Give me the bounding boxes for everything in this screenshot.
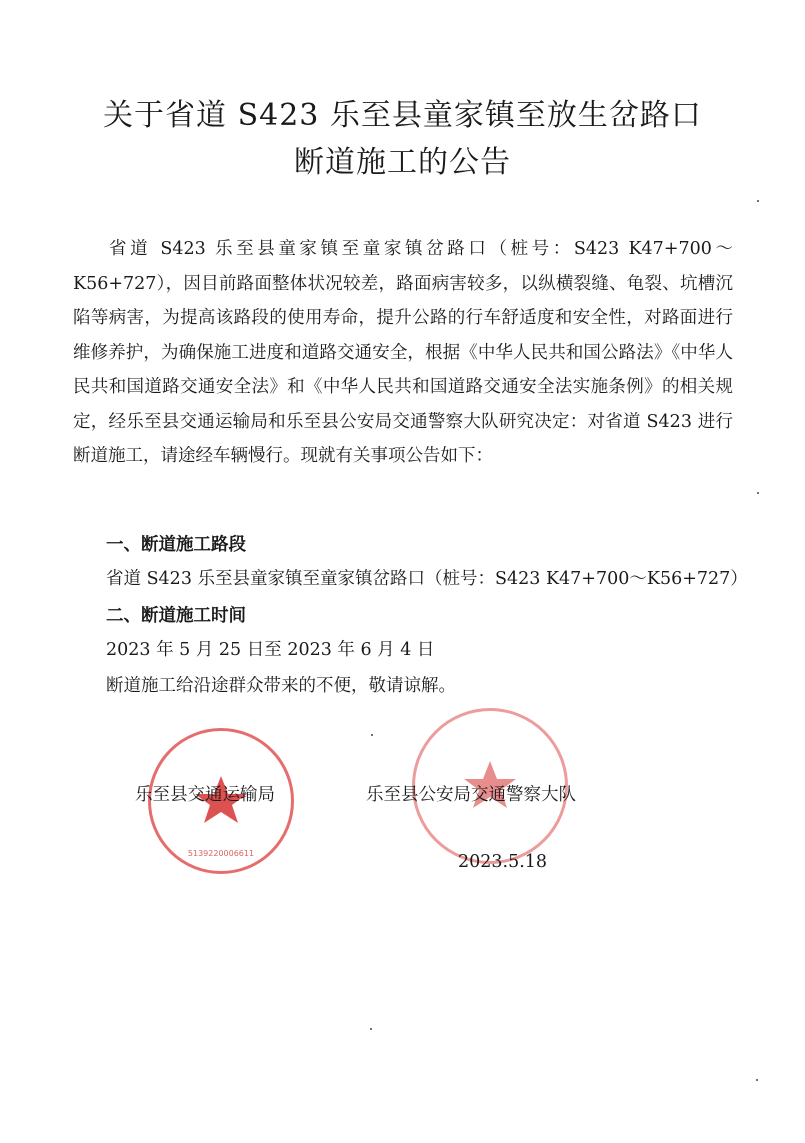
section-heading-construction-time: 二、断道施工时间 (106, 604, 246, 628)
document-title-line2: 断道施工的公告 (0, 143, 805, 183)
document-date: 2023.5.18 (458, 852, 547, 872)
scan-speck (756, 1079, 758, 1081)
seal-code: 5139220006611 (188, 849, 254, 858)
closing-remark: 断道施工给沿途群众带来的不便，敬请谅解。 (106, 674, 456, 698)
section-content-road-segment: 省道 S423 乐至县童家镇至童家镇岔路口（桩号：S423 K47+700～K5… (106, 567, 748, 591)
signatory-transport-bureau: 乐至县交通运输局 (135, 783, 275, 807)
body-paragraph: 省道 S423 乐至县童家镇至童家镇岔路口（桩号：S423 K47+700～K5… (73, 232, 733, 474)
scan-speck (370, 1028, 372, 1030)
signatory-traffic-police: 乐至县公安局交通警察大队 (366, 783, 576, 807)
body-paragraph-text: 省道 S423 乐至县童家镇至童家镇岔路口（桩号：S423 K47+700～K5… (73, 232, 733, 474)
section-content-construction-time: 2023 年 5 月 25 日至 2023 年 6 月 4 日 (106, 638, 434, 662)
document-title-line1: 关于省道 S423 乐至县童家镇至放生岔路口 (0, 96, 805, 136)
scan-speck (371, 734, 373, 736)
section-heading-road-segment: 一、断道施工路段 (106, 533, 246, 557)
scan-speck (757, 200, 759, 202)
scan-speck (757, 492, 759, 494)
